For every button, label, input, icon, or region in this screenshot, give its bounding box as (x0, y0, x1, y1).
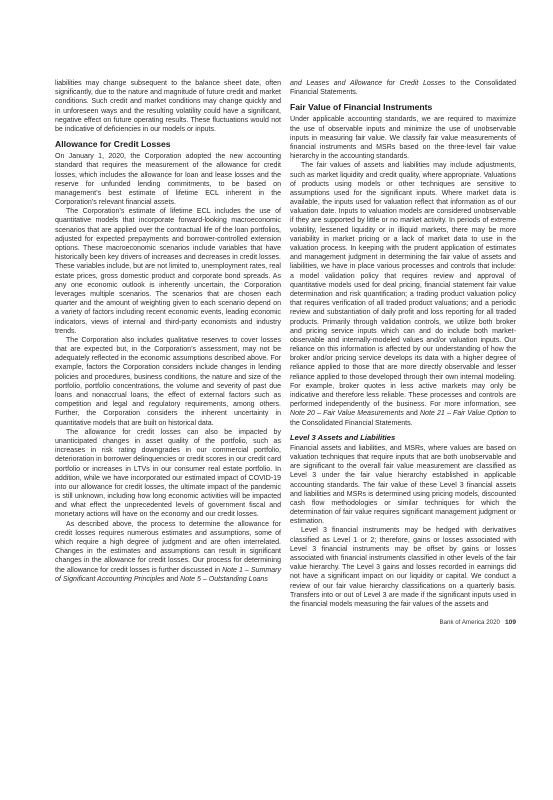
conjunction: and (164, 576, 180, 583)
paragraph-qualitative-reserves: The Corporation also includes qualitativ… (55, 336, 281, 428)
document-page: liabilities may change subsequent to the… (0, 0, 553, 800)
paragraph-lifetime-ecl: The Corporation’s estimate of lifetime E… (55, 207, 281, 336)
paragraph-text: The fair values of assets and liabilitie… (290, 162, 516, 408)
page-number: 109 (505, 619, 516, 626)
paragraph-asset-quality: The allowance for credit losses can also… (55, 428, 281, 520)
note-reference-5: Note 5 – Outstanding Loans (180, 576, 268, 583)
subsection-heading-level3: Level 3 Assets and Liabilities (290, 433, 516, 443)
paragraph-allowance-process: As described above, the process to deter… (55, 520, 281, 584)
paragraph-continuation: liabilities may change subsequent to the… (55, 79, 281, 134)
page-footer: Bank of America 2020109 (290, 619, 516, 626)
paragraph-fair-value-standards: Under applicable accounting standards, w… (290, 115, 516, 161)
conjunction: and (404, 410, 420, 417)
publication-name: Bank of America 2020 (439, 619, 500, 626)
paragraph-fair-value-adjustments: The fair values of assets and liabilitie… (290, 161, 516, 427)
section-heading-fair-value: Fair Value of Financial Instruments (290, 102, 516, 113)
paragraph-level3-hedging: Level 3 financial instruments may be hed… (290, 526, 516, 609)
paragraph-level3-definition: Financial assets and liabilities, and MS… (290, 444, 516, 527)
note-reference-5-cont: and Leases and Allowance for Credit Loss… (290, 80, 445, 87)
note-reference-20: Note 20 – Fair Value Measurements (290, 410, 404, 417)
section-heading-allowance-credit-losses: Allowance for Credit Losses (55, 139, 281, 150)
paragraph-continuation: and Leases and Allowance for Credit Loss… (290, 79, 516, 97)
paragraph-cecl-adoption: On January 1, 2020, the Corporation adop… (55, 152, 281, 207)
left-column: liabilities may change subsequent to the… (55, 79, 281, 584)
note-reference-21: Note 21 – Fair Value Option (420, 410, 508, 417)
right-column: and Leases and Allowance for Credit Loss… (290, 79, 516, 609)
